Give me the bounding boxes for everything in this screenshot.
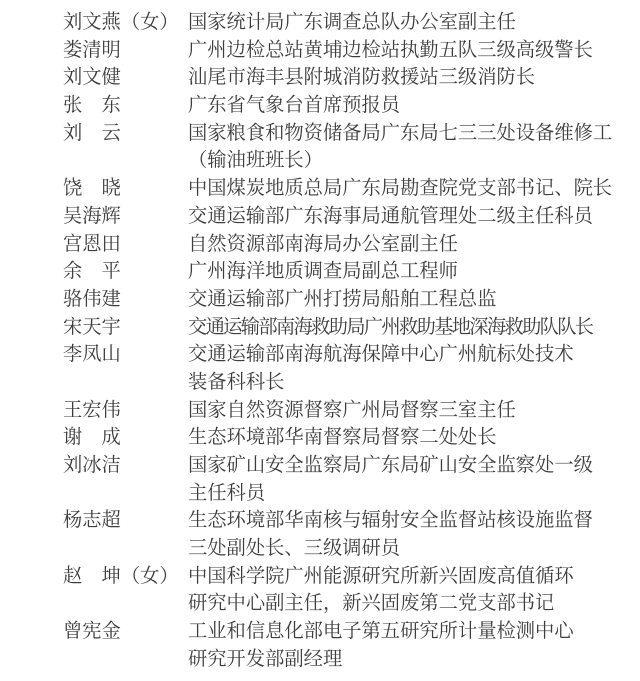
person-title: 国家自然资源督察广州局督察三室主任: [188, 397, 622, 425]
person-title-line: 交通运输部南海航海保障中心广州航标处技术: [188, 341, 622, 369]
person-name: 吴海辉: [63, 203, 188, 231]
person-title: 广州边检总站黄埔边检站执勤五队三级高级警长: [188, 37, 622, 65]
person-title: 交通运输部广州打捞局船舶工程总监: [188, 286, 622, 314]
list-item: 谢 成 生态环境部华南督察局督察二处处长: [63, 424, 622, 452]
person-name: 杨志超: [63, 507, 188, 535]
person-title-line: 交通运输部广州打捞局船舶工程总监: [188, 286, 622, 314]
person-name: 宋天宇: [63, 314, 188, 342]
person-name: 曾宪金: [63, 618, 188, 646]
person-title: 国家矿山安全监察局广东局矿山安全监察处一级 主任科员: [188, 452, 622, 507]
person-title-line: 研究中心副主任，新兴固废第二党支部书记: [188, 590, 622, 618]
list-item: 杨志超 生态环境部华南核与辐射安全监督站核设施监督 三处副处长、三级调研员: [63, 507, 622, 562]
person-title-line: 广州边检总站黄埔边检站执勤五队三级高级警长: [188, 37, 622, 65]
person-name: 张 东: [63, 92, 188, 120]
list-item: 赵 坤（女） 中国科学院广州能源研究所新兴固废高值循环 研究中心副主任，新兴固废…: [63, 563, 622, 618]
person-name: 王宏伟: [63, 397, 188, 425]
list-item: 余 平 广州海洋地质调查局副总工程师: [63, 258, 622, 286]
person-title: 工业和信息化部电子第五研究所计量检测中心 研究开发部副经理: [188, 618, 622, 673]
person-name: 李凤山: [63, 341, 188, 369]
person-title-line: 国家统计局广东调查总队办公室副主任: [188, 9, 622, 37]
person-title: 生态环境部华南督察局督察二处处长: [188, 424, 622, 452]
person-title-line: 研究开发部副经理: [188, 646, 622, 674]
person-title: 国家粮食和物资储备局广东局七三三处设备维修工 （输油班班长）: [188, 120, 622, 175]
person-title-line: 中国煤炭地质总局广东局勘查院党支部书记、院长: [188, 175, 622, 203]
person-name: 谢 成: [63, 424, 188, 452]
list-item: 刘冰洁 国家矿山安全监察局广东局矿山安全监察处一级 主任科员: [63, 452, 622, 507]
person-title: 中国煤炭地质总局广东局勘查院党支部书记、院长: [188, 175, 622, 203]
person-title: 中国科学院广州能源研究所新兴固废高值循环 研究中心副主任，新兴固废第二党支部书记: [188, 563, 622, 618]
list-item: 吴海辉 交通运输部广东海事局通航管理处二级主任科员: [63, 203, 622, 231]
person-title: 交通运输部南海救助局广州救助基地深海救助队队长: [188, 314, 622, 342]
person-title-line: 主任科员: [188, 480, 622, 508]
person-title: 生态环境部华南核与辐射安全监督站核设施监督 三处副处长、三级调研员: [188, 507, 622, 562]
person-title: 广东省气象台首席预报员: [188, 92, 622, 120]
person-title-line: 生态环境部华南督察局督察二处处长: [188, 424, 622, 452]
person-name: 刘冰洁: [63, 452, 188, 480]
person-title: 交通运输部南海航海保障中心广州航标处技术 装备科科长: [188, 341, 622, 396]
person-title-line: 汕尾市海丰县附城消防救援站三级消防长: [188, 64, 622, 92]
list-item: 骆伟建 交通运输部广州打捞局船舶工程总监: [63, 286, 622, 314]
list-item: 宋天宇 交通运输部南海救助局广州救助基地深海救助队队长: [63, 314, 622, 342]
list-item: 李凤山 交通运输部南海航海保障中心广州航标处技术 装备科科长: [63, 341, 622, 396]
person-title: 自然资源部南海局办公室副主任: [188, 231, 622, 259]
list-item: 刘文健 汕尾市海丰县附城消防救援站三级消防长: [63, 64, 622, 92]
person-name: 刘文健: [63, 64, 188, 92]
person-name: 刘 云: [63, 120, 188, 148]
list-item: 王宏伟 国家自然资源督察广州局督察三室主任: [63, 397, 622, 425]
person-title-line: 广东省气象台首席预报员: [188, 92, 622, 120]
person-name: 余 平: [63, 258, 188, 286]
person-title: 交通运输部广东海事局通航管理处二级主任科员: [188, 203, 622, 231]
person-name: 骆伟建: [63, 286, 188, 314]
document-page: 刘文燕（女） 国家统计局广东调查总队办公室副主任 娄清明 广州边检总站黄埔边检站…: [0, 0, 640, 681]
person-title-line: 自然资源部南海局办公室副主任: [188, 231, 622, 259]
person-title-line: 装备科科长: [188, 369, 622, 397]
list-item: 曾宪金 工业和信息化部电子第五研究所计量检测中心 研究开发部副经理: [63, 618, 622, 673]
person-name: 赵 坤（女）: [63, 563, 188, 591]
person-title: 国家统计局广东调查总队办公室副主任: [188, 9, 622, 37]
person-name: 饶 晓: [63, 175, 188, 203]
person-title-line: （输油班班长）: [188, 147, 622, 175]
person-name: 宫恩田: [63, 231, 188, 259]
list-item: 刘文燕（女） 国家统计局广东调查总队办公室副主任: [63, 9, 622, 37]
person-title: 广州海洋地质调查局副总工程师: [188, 258, 622, 286]
list-item: 宫恩田 自然资源部南海局办公室副主任: [63, 231, 622, 259]
person-title-line: 生态环境部华南核与辐射安全监督站核设施监督: [188, 507, 622, 535]
person-title-line: 国家自然资源督察广州局督察三室主任: [188, 397, 622, 425]
person-title-line: 国家粮食和物资储备局广东局七三三处设备维修工: [188, 120, 622, 148]
list-item: 娄清明 广州边检总站黄埔边检站执勤五队三级高级警长: [63, 37, 622, 65]
person-title: 汕尾市海丰县附城消防救援站三级消防长: [188, 64, 622, 92]
person-title-line: 交通运输部广东海事局通航管理处二级主任科员: [188, 203, 622, 231]
person-title-line: 国家矿山安全监察局广东局矿山安全监察处一级: [188, 452, 622, 480]
person-title-line: 广州海洋地质调查局副总工程师: [188, 258, 622, 286]
person-name: 娄清明: [63, 37, 188, 65]
list-item: 刘 云 国家粮食和物资储备局广东局七三三处设备维修工 （输油班班长）: [63, 120, 622, 175]
person-title-line: 中国科学院广州能源研究所新兴固废高值循环: [188, 563, 622, 591]
person-title-line: 交通运输部南海救助局广州救助基地深海救助队队长: [188, 314, 622, 342]
list-item: 饶 晓 中国煤炭地质总局广东局勘查院党支部书记、院长: [63, 175, 622, 203]
list-item: 张 东 广东省气象台首席预报员: [63, 92, 622, 120]
person-title-line: 工业和信息化部电子第五研究所计量检测中心: [188, 618, 622, 646]
person-title-line: 三处副处长、三级调研员: [188, 535, 622, 563]
person-name: 刘文燕（女）: [63, 9, 188, 37]
